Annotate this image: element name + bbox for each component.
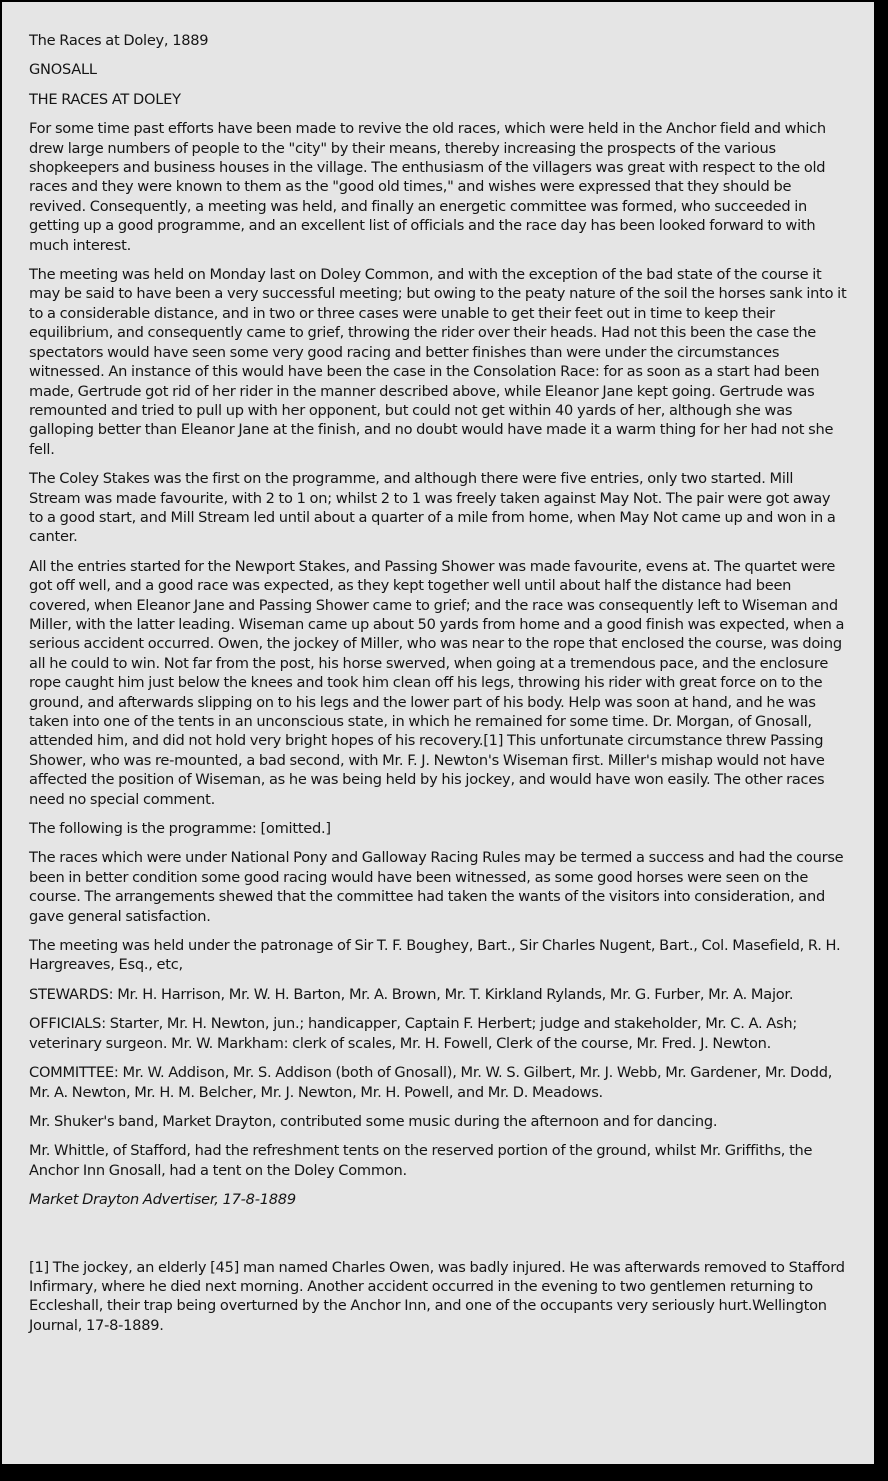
document-title: The Races at Doley, 1889 xyxy=(29,31,847,50)
paragraph-patronage: The meeting was held under the patronage… xyxy=(29,936,847,975)
paragraph-newport-stakes: All the entries started for the Newport … xyxy=(29,557,847,809)
paragraph-meeting: The meeting was held on Monday last on D… xyxy=(29,265,847,459)
paragraph-rules: The races which were under National Pony… xyxy=(29,848,847,926)
paragraph-committee: COMMITTEE: Mr. W. Addison, Mr. S. Addiso… xyxy=(29,1063,847,1102)
paragraph-officials: OFFICIALS: Starter, Mr. H. Newton, jun.;… xyxy=(29,1014,847,1053)
paragraph-coley-stakes: The Coley Stakes was the first on the pr… xyxy=(29,469,847,547)
paragraph-refreshments: Mr. Whittle, of Stafford, had the refres… xyxy=(29,1141,847,1180)
paragraph-intro: For some time past efforts have been mad… xyxy=(29,119,847,255)
place-heading: GNOSALL xyxy=(29,60,847,79)
paragraph-programme: The following is the programme: [omitted… xyxy=(29,819,847,838)
paragraph-band: Mr. Shuker's band, Market Drayton, contr… xyxy=(29,1112,847,1131)
document-panel: The Races at Doley, 1889 GNOSALL THE RAC… xyxy=(2,2,874,1464)
footnote: [1] The jockey, an elderly [45] man name… xyxy=(29,1258,847,1336)
article-heading: THE RACES AT DOLEY xyxy=(29,90,847,109)
paragraph-stewards: STEWARDS: Mr. H. Harrison, Mr. W. H. Bar… xyxy=(29,985,847,1004)
source-citation: Market Drayton Advertiser, 17-8-1889 xyxy=(29,1190,847,1209)
spacer xyxy=(29,1220,847,1258)
